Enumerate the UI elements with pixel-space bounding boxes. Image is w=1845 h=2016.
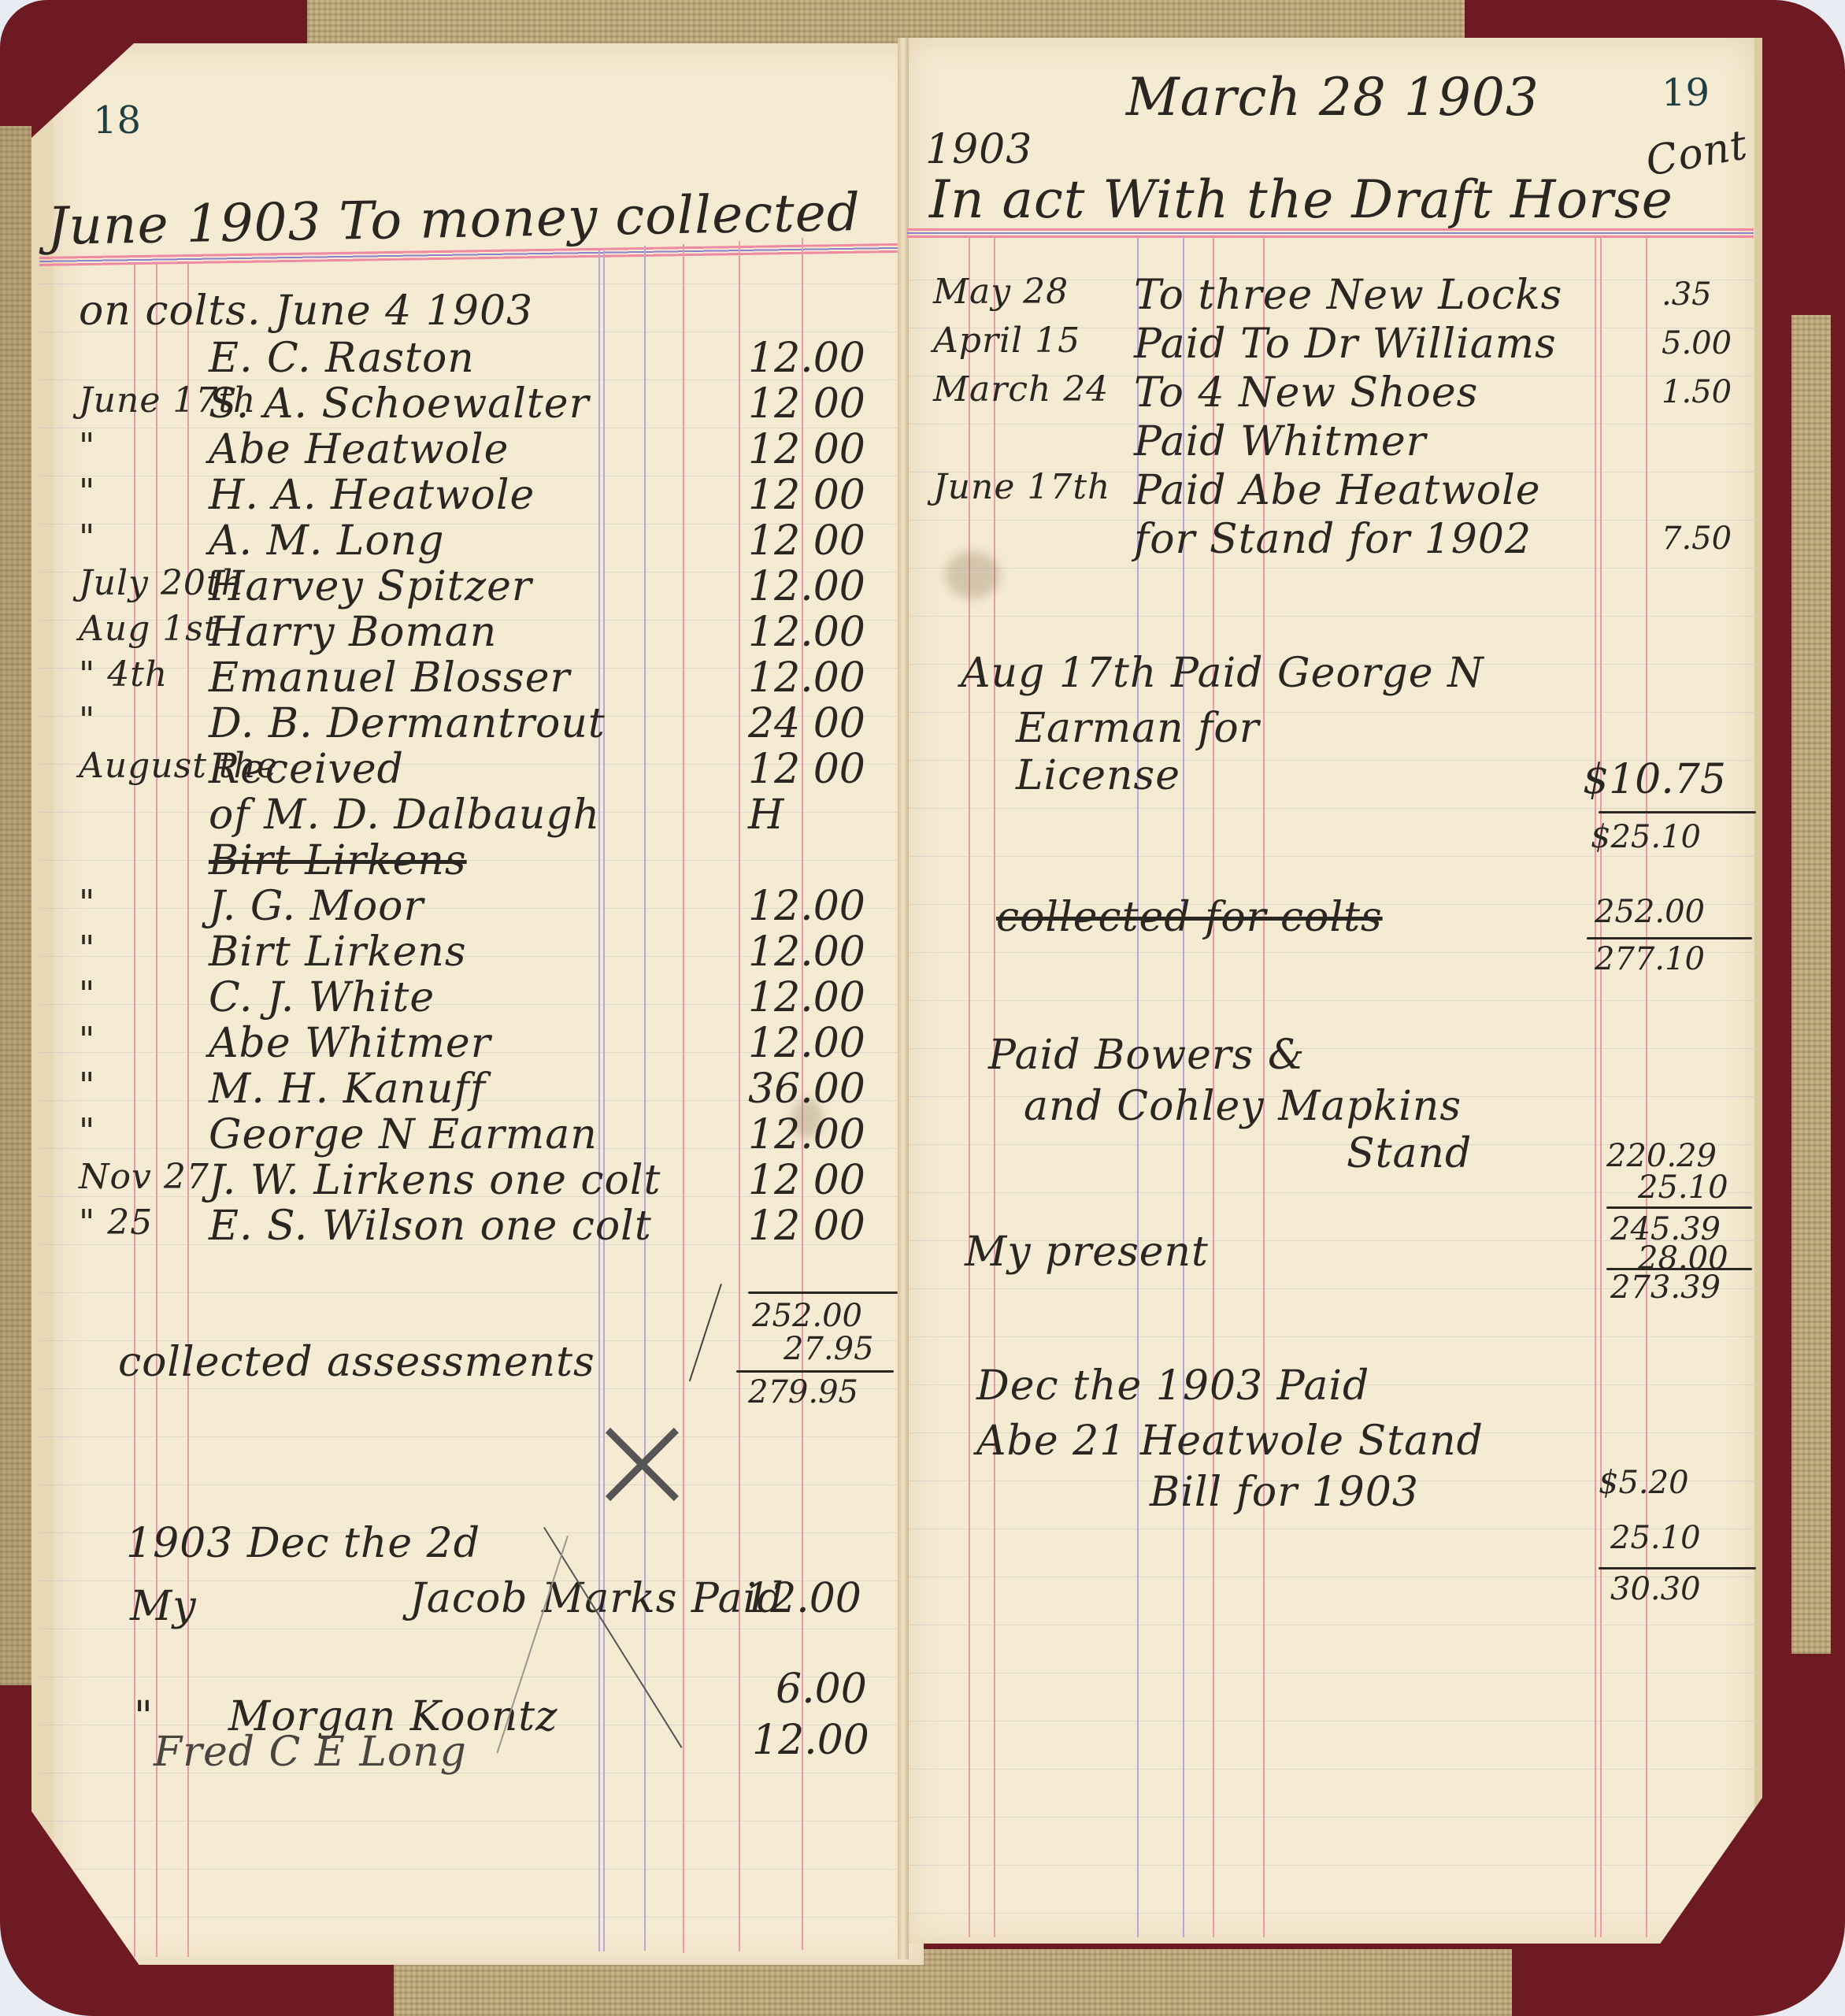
- ruled-line: [910, 1913, 1754, 1914]
- cloth-edge-right: [1791, 315, 1831, 1654]
- entry-name: Abe Whitmer: [209, 1020, 491, 1067]
- entry-amount: 12 00: [748, 426, 865, 473]
- entry-date: ": [79, 426, 95, 466]
- colts-total: 277.10: [1595, 941, 1705, 977]
- entry-amount: .35: [1662, 276, 1712, 313]
- bowers-amount: 25.10: [1638, 1169, 1728, 1206]
- ruled-line: [39, 1869, 898, 1870]
- dec-amount: 30.30: [1610, 1571, 1701, 1607]
- entry-name: M. H. Kanuff: [209, 1065, 486, 1113]
- cloth-spine-top: [307, 0, 1465, 43]
- entry-name: Birt Lirkens: [209, 837, 467, 884]
- ruled-line: [39, 1917, 898, 1918]
- right-col-line: [1646, 236, 1647, 1937]
- entry-amount: 12 00: [748, 746, 865, 793]
- left-subheading: on colts. June 4 1903: [79, 287, 533, 335]
- ruled-line: [910, 1336, 1754, 1337]
- cloth-edge-left: [0, 126, 31, 1685]
- entry-date: ": [79, 1020, 95, 1060]
- entry-amount: 12.00: [748, 1020, 865, 1067]
- footer-amount: 12.00: [752, 1717, 869, 1764]
- entry-name: Abe Heatwole: [209, 426, 509, 473]
- entry-name: J. W. Lirkens one colt: [209, 1157, 661, 1204]
- entry-amount: 12 00: [748, 380, 865, 428]
- ruled-line: [39, 283, 898, 284]
- entry-name: of M. D. Dalbaugh: [209, 791, 600, 839]
- entry-amount: 12.00: [748, 1111, 865, 1158]
- ruled-line: [910, 1721, 1754, 1721]
- entry-date: ": [79, 517, 95, 558]
- entry-amount: 12.00: [748, 654, 865, 702]
- right-year: 1903: [925, 126, 1032, 173]
- ink-stain: [945, 551, 1000, 598]
- entry-text: Paid To Dr Williams: [1134, 321, 1557, 368]
- entry-date: ": [79, 928, 95, 969]
- ruled-line: [910, 1865, 1754, 1866]
- bowers-amount: 273.39: [1610, 1269, 1721, 1306]
- bowers-line: Stand: [1347, 1130, 1472, 1177]
- entry-name: H. A. Heatwole: [209, 472, 535, 519]
- entry-name: S. A. Schoewalter: [209, 380, 589, 428]
- ruled-line: [39, 1821, 898, 1821]
- earman-amount: $10.75: [1583, 756, 1726, 803]
- left-col-line: [683, 244, 684, 1953]
- entry-name: D. B. Dermantrout: [209, 700, 606, 747]
- earman-line: License: [1016, 752, 1180, 799]
- left-total-1: 252.00: [752, 1298, 862, 1334]
- bowers-line: Paid Bowers &: [988, 1032, 1305, 1079]
- ruled-line: [910, 1769, 1754, 1770]
- bowers-line: and Cohley Mapkins: [1024, 1083, 1462, 1130]
- entry-date: " 25: [79, 1203, 153, 1243]
- entry-amount: H: [748, 791, 784, 839]
- ruled-line: [39, 1484, 898, 1485]
- entry-name: Birt Lirkens: [209, 928, 467, 976]
- entry-date: May 28: [933, 272, 1069, 312]
- earman-line: Aug 17th Paid George N: [961, 650, 1484, 697]
- entry-amount: 12.00: [748, 563, 865, 610]
- dec-line: Bill for 1903: [1150, 1469, 1419, 1516]
- entry-text: To 4 New Shoes: [1134, 369, 1478, 417]
- entry-text: Paid Whitmer: [1134, 418, 1427, 465]
- ruled-line: [39, 1677, 898, 1677]
- dec-line: Dec the 1903 Paid: [976, 1362, 1369, 1410]
- entry-amount: 24 00: [748, 700, 865, 747]
- colts-amount: 252.00: [1595, 894, 1705, 930]
- earman-line: Earman for: [1016, 705, 1260, 752]
- ruled-line: [910, 1625, 1754, 1625]
- gutter: [898, 38, 909, 1959]
- entry-date: ": [79, 700, 95, 740]
- sum-line: [1606, 1206, 1752, 1209]
- entry-amount: 12 00: [748, 1203, 865, 1250]
- entry-date: Nov 27: [79, 1157, 209, 1197]
- present-label: My present: [965, 1228, 1209, 1276]
- entry-name: C. J. White: [209, 974, 435, 1021]
- entry-amount: 12.00: [748, 928, 865, 976]
- sum-line: [748, 1291, 898, 1294]
- entry-name: Received: [209, 746, 404, 793]
- left-total-2: 27.95: [784, 1331, 874, 1367]
- entry-amount: 5.00: [1662, 325, 1732, 361]
- footer-name: Fred C E Long: [154, 1729, 467, 1776]
- entry-name: E. S. Wilson one colt: [209, 1203, 652, 1250]
- footer-prefix: My: [130, 1583, 197, 1630]
- entry-amount: 12.00: [748, 335, 865, 382]
- left-col-line: [187, 264, 189, 1957]
- right-heading: In act With the Draft Horse: [929, 169, 1673, 230]
- page-number-left: 18: [93, 98, 141, 143]
- ruled-line: [39, 860, 898, 861]
- entry-date: " 4th: [79, 654, 168, 695]
- footer-amount: 6.00: [776, 1666, 867, 1713]
- ruled-line: [910, 808, 1754, 809]
- entry-date: ": [79, 1065, 95, 1106]
- entry-name: Emanuel Blosser: [209, 654, 570, 702]
- entry-date: April 15: [933, 321, 1080, 361]
- page-number-right: 19: [1662, 71, 1710, 115]
- entry-name: George N Earman: [209, 1111, 598, 1158]
- entry-amount: 7.50: [1662, 521, 1732, 557]
- entry-text: for Stand for 1902: [1134, 516, 1532, 563]
- entry-date: ": [79, 974, 95, 1014]
- entry-date: June 17th: [933, 467, 1110, 507]
- ruled-line: [910, 856, 1754, 857]
- sum-line: [1587, 937, 1752, 939]
- left-col-line: [644, 246, 646, 1951]
- entry-name: J. G. Moor: [209, 883, 424, 930]
- ruled-line: [910, 1192, 1754, 1193]
- left-col-line: [739, 241, 740, 1951]
- ruled-line: [910, 568, 1754, 569]
- ruled-line: [910, 1000, 1754, 1001]
- entry-amount: 1.50: [1662, 374, 1732, 410]
- left-col-line: [598, 250, 600, 1951]
- cross-mark: ×: [583, 1378, 702, 1543]
- footer-date: 1903 Dec the 2d: [126, 1520, 480, 1567]
- ruled-line: [39, 1436, 898, 1437]
- entry-amount: 12.00: [748, 609, 865, 656]
- entry-name: A. M. Long: [209, 517, 445, 565]
- entry-name: Harvey Spitzer: [209, 563, 532, 610]
- dec-amount: 25.10: [1610, 1520, 1701, 1556]
- left-col-line: [156, 264, 157, 1957]
- entry-text: To three New Locks: [1134, 272, 1562, 319]
- entry-date: March 24: [933, 369, 1109, 409]
- left-col-line: [603, 250, 605, 1951]
- entry-name: E. C. Raston: [209, 335, 475, 382]
- entry-amount: 36.00: [748, 1065, 865, 1113]
- footer-amount: 12.00: [744, 1575, 861, 1622]
- colts-label: collected for colts: [996, 894, 1383, 941]
- sum-line: [1599, 811, 1756, 813]
- right-date-heading: March 28 1903: [1126, 67, 1539, 128]
- entry-amount: 12 00: [748, 1157, 865, 1204]
- entry-date: ": [79, 883, 95, 923]
- entry-amount: 12.00: [748, 883, 865, 930]
- left-total-3: 279.95: [748, 1374, 858, 1410]
- left-totals-label: collected assessments: [118, 1339, 595, 1386]
- right-col-line: [1595, 236, 1596, 1937]
- ruled-line: [910, 1817, 1754, 1818]
- entry-date: Aug 1st: [79, 609, 219, 649]
- earman-subtotal: $25.10: [1591, 819, 1701, 855]
- ruled-line: [910, 1673, 1754, 1673]
- sum-line: [1599, 1567, 1756, 1569]
- entry-amount: 12 00: [748, 517, 865, 565]
- right-col-line: [1600, 236, 1602, 1937]
- entry-date: ": [79, 472, 95, 512]
- entry-text: Paid Abe Heatwole: [1134, 467, 1540, 514]
- entry-amount: 12.00: [748, 974, 865, 1021]
- sum-line: [736, 1370, 894, 1373]
- ruled-line: [910, 616, 1754, 617]
- footer-name: Jacob Marks Paid: [409, 1575, 784, 1622]
- dec-amount: $5.20: [1599, 1465, 1689, 1501]
- entry-name: Harry Boman: [209, 609, 497, 656]
- entry-amount: 12 00: [748, 472, 865, 519]
- dec-line: Abe 21 Heatwole Stand: [976, 1417, 1484, 1465]
- footer-ditto: ": [134, 1693, 154, 1740]
- entry-date: ": [79, 1111, 95, 1151]
